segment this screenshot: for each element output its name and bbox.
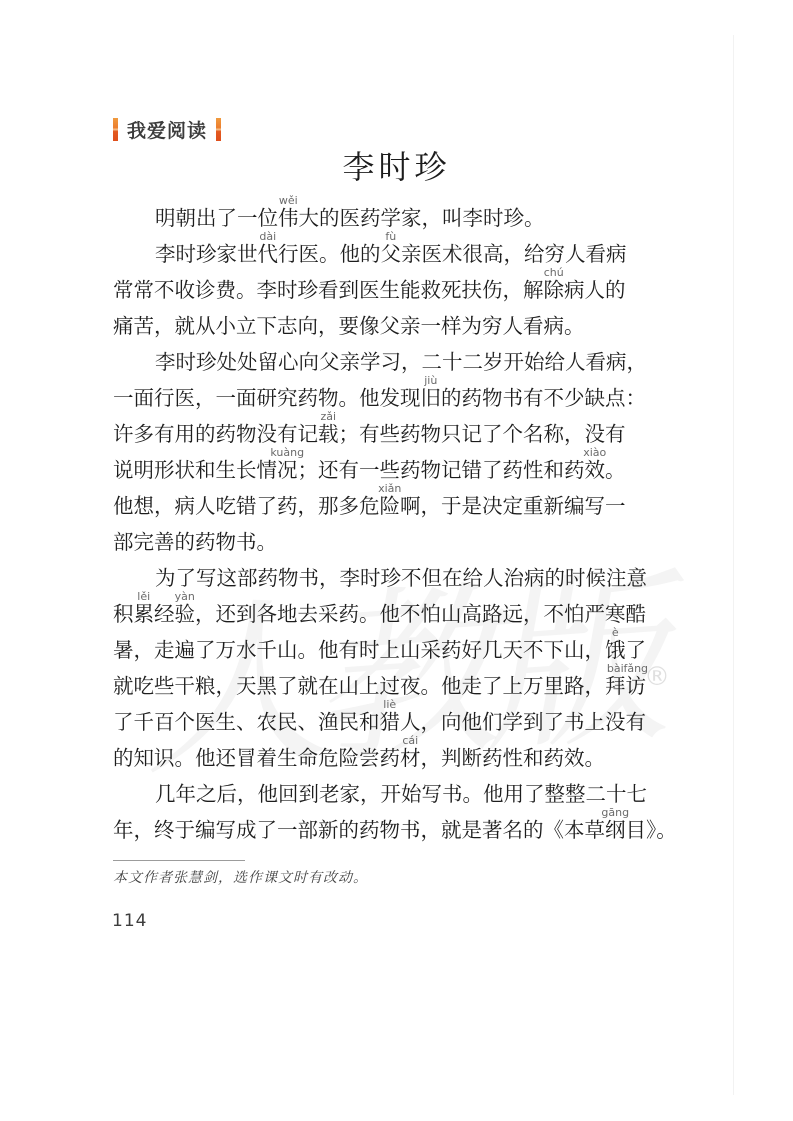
text-line: 他想，病人吃错了药，那多危xiǎn险啊，于是决定重新编写一 — [113, 488, 673, 524]
footnote-text: 本文作者张慧剑，选作课文时有改动。 — [113, 867, 368, 887]
pinyin-annotation: kuàng — [270, 447, 304, 458]
text-run: 行医。他的 — [278, 242, 381, 266]
text-run: 许多有用的药物没有记 — [113, 422, 318, 446]
text-run: 李时珍家世 — [155, 242, 258, 266]
annotated-char: wěi伟 — [278, 200, 299, 236]
text-run: 大的医药学家，叫李时珍。 — [299, 206, 545, 230]
text-line: 了千百个医生、农民、渔民和liè猎人，向他们学到了书上没有 — [113, 704, 673, 740]
text-run: 常常不收诊费。李时珍看到医生能救死扶伤，解 — [113, 278, 544, 302]
text-run: ，判断药性和药效。 — [421, 746, 606, 770]
pinyin-annotation: wěi — [279, 195, 298, 206]
text-run: 经 — [154, 602, 175, 626]
text-line: 几年之后，他回到老家，开始写书。他用了整整二十七 — [113, 776, 673, 812]
pinyin-annotation: yàn — [175, 591, 195, 602]
pinyin-annotation: zǎi — [320, 411, 336, 422]
text-line: 的知识。他还冒着生命危险尝药cái材，判断药性和药效。 — [113, 740, 673, 776]
text-line: 暑，走遍了万水千山。他有时上山采药好几天不下山，è饿了 — [113, 632, 673, 668]
pinyin-annotation: è — [612, 627, 619, 638]
lesson-title: 李时珍 — [0, 142, 793, 188]
pinyin-annotation: xiào — [583, 447, 606, 458]
page-edge-line — [733, 35, 734, 1095]
text-run: ；还有一些药物记错了药性和药 — [298, 458, 585, 482]
lesson-body: 明朝出了一位wěi伟大的医药学家，叫李时珍。李时珍家世dài代行医。他的fù父亲… — [113, 200, 673, 848]
annotated-char: dài代 — [258, 236, 279, 272]
annotated-char: lěi累 — [134, 596, 155, 632]
text-run: 了 — [626, 638, 647, 662]
annotated-char: xiǎn险 — [380, 488, 401, 524]
text-run: ；有些药物只记了个名称，没有 — [339, 422, 626, 446]
text-line: 部完善的药物书。 — [113, 524, 673, 560]
footnote-rule — [113, 860, 245, 861]
text-run: 年，终于编写成了一部新的药物书，就是著名的《本草 — [113, 818, 605, 842]
text-run: 的药物书有不少缺点： — [441, 386, 646, 410]
annotated-char: fù父 — [381, 236, 402, 272]
pinyin-annotation: gāng — [601, 807, 629, 818]
annotated-char: bài拜 — [605, 668, 626, 704]
text-run: 暑，走遍了万水千山。他有时上山采药好几天不下山， — [113, 638, 605, 662]
text-line: 为了写这部药物书，李时珍不但在给人治病的时候注意 — [113, 560, 673, 596]
text-run: 说明形状和生长情 — [113, 458, 277, 482]
page-number: 114 — [112, 911, 147, 931]
text-run: 为了写这部药物书，李时珍不但在给人治病的时候注意 — [155, 566, 647, 590]
text-run: 了千百个医生、农民、渔民和 — [113, 710, 380, 734]
text-line: 一面行医，一面研究药物。他发现jiù旧的药物书有不少缺点： — [113, 380, 673, 416]
text-run: 痛苦，就从小立下志向，要像父亲一样为穷人看病。 — [113, 314, 585, 338]
text-run: 一面行医，一面研究药物。他发现 — [113, 386, 421, 410]
pinyin-annotation: cái — [402, 735, 418, 746]
pinyin-annotation: dài — [259, 231, 276, 242]
text-line: 常常不收诊费。李时珍看到医生能救死扶伤，解chú除病人的 — [113, 272, 673, 308]
text-run: ，还到各地去采药。他不怕山高路远，不怕严寒酷 — [195, 602, 646, 626]
text-line: 李时珍处处留心向父亲学习，二十二岁开始给人看病， — [113, 344, 673, 380]
text-run: 几年之后，他回到老家，开始写书。他用了整整二十七 — [155, 782, 647, 806]
reading-section-badge: 我爱阅读 — [113, 116, 221, 143]
annotated-char: kuàng况 — [277, 452, 298, 488]
annotated-char: fǎng访 — [626, 668, 647, 704]
text-run: 李时珍处处留心向父亲学习，二十二岁开始给人看病， — [155, 350, 647, 374]
text-run: 他想，病人吃错了药，那多危 — [113, 494, 380, 518]
pinyin-annotation: fǎng — [623, 663, 648, 674]
pinyin-annotation: xiǎn — [378, 483, 401, 494]
text-run: 病人的 — [564, 278, 626, 302]
pinyin-annotation: liè — [383, 699, 396, 710]
badge-label: 我爱阅读 — [127, 116, 207, 143]
pinyin-annotation: chú — [544, 267, 564, 278]
annotated-char: zǎi载 — [318, 416, 339, 452]
pinyin-annotation: jiù — [424, 375, 437, 386]
text-run: 就吃些干粮，天黑了就在山上过夜。他走了上万里路， — [113, 674, 605, 698]
text-run: 目》。 — [626, 818, 677, 842]
annotated-char: liè猎 — [380, 704, 401, 740]
annotated-char: gāng纲 — [605, 812, 626, 848]
text-line: 年，终于编写成了一部新的药物书，就是著名的《本草gāng纲目》。 — [113, 812, 673, 848]
text-run: 。 — [605, 458, 626, 482]
text-line: 李时珍家世dài代行医。他的fù父亲医术很高，给穷人看病 — [113, 236, 673, 272]
text-run: 积 — [113, 602, 134, 626]
text-line: 痛苦，就从小立下志向，要像父亲一样为穷人看病。 — [113, 308, 673, 344]
text-run: 明朝出了一位 — [155, 206, 278, 230]
text-run: 啊，于是决定重新编写一 — [400, 494, 626, 518]
textbook-page: 人教版 ® 我爱阅读 李时珍 明朝出了一位wěi伟大的医药学家，叫李时珍。李时珍… — [0, 0, 793, 1121]
pinyin-annotation: lěi — [137, 591, 150, 602]
badge-left-bar-icon — [113, 118, 118, 141]
text-run: 亲医术很高，给穷人看病 — [401, 242, 627, 266]
text-line: 积lěi累经yàn验，还到各地去采药。他不怕山高路远，不怕严寒酷 — [113, 596, 673, 632]
annotated-char: chú除 — [544, 272, 565, 308]
annotated-char: cái材 — [400, 740, 421, 776]
pinyin-annotation: fù — [385, 231, 396, 242]
text-run: 人，向他们学到了书上没有 — [400, 710, 646, 734]
annotated-char: yàn验 — [175, 596, 196, 632]
pinyin-annotation: bài — [607, 663, 624, 674]
annotated-char: jiù旧 — [421, 380, 442, 416]
badge-right-bar-icon — [216, 118, 221, 141]
text-run: 部完善的药物书。 — [113, 530, 277, 554]
text-run: 的知识。他还冒着生命危险尝药 — [113, 746, 400, 770]
annotated-char: xiào效 — [585, 452, 606, 488]
